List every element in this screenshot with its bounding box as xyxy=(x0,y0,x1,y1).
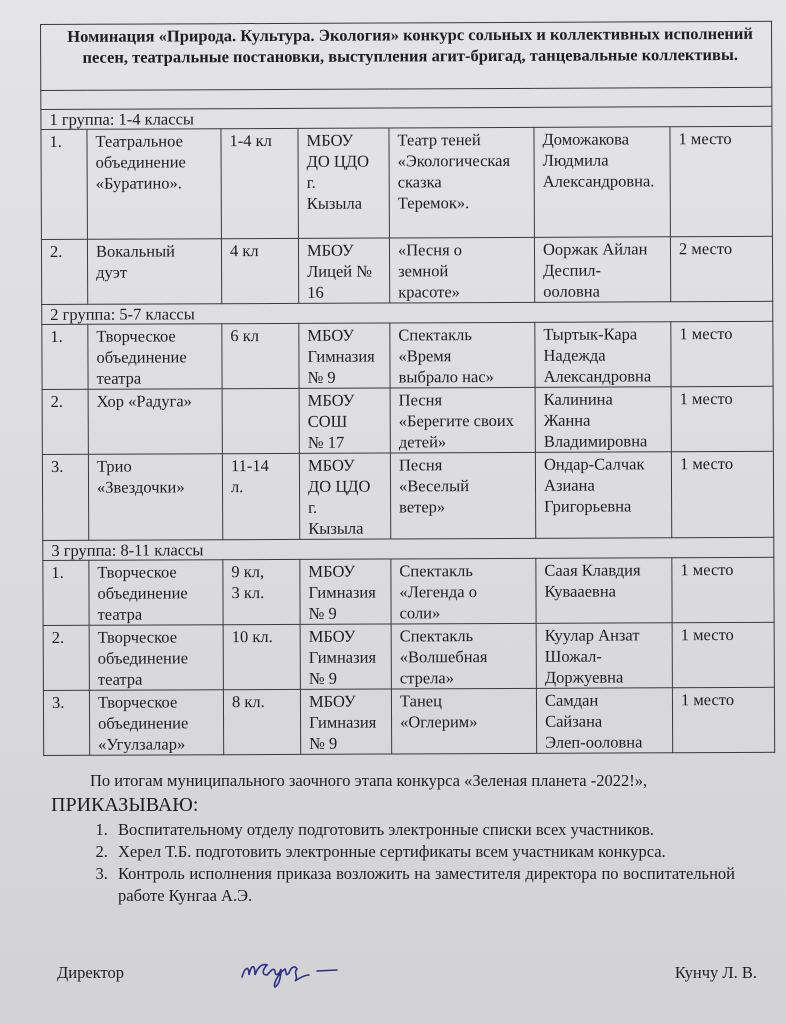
cell-line: «Веселый xyxy=(399,475,535,497)
participant-cell: Творческоеобъединение«Угулзалар» xyxy=(89,690,223,756)
grade-cell: 6 кл xyxy=(222,323,299,388)
cell-line: Надежда xyxy=(543,344,670,366)
school-cell: МБОУДО ЦДОг.Кызыла xyxy=(298,128,389,238)
row-number: 2. xyxy=(42,389,88,454)
cell-line: МБОУ xyxy=(307,239,389,260)
order-section: По итогам муниципального заочного этапа … xyxy=(45,770,735,907)
cell-line: Людмила xyxy=(543,149,670,171)
leader-cell: КалининаЖаннаВладимировна xyxy=(535,387,671,453)
signatory-role: Директор xyxy=(57,963,124,983)
work-cell: Песня«Веселыйветер» xyxy=(390,452,535,539)
grade-cell: 8 кл. xyxy=(223,689,300,754)
participant-cell: Хор «Радуга» xyxy=(88,389,222,455)
cell-line: «Экологическая xyxy=(398,150,534,172)
cell-line: «Звездочки» xyxy=(97,476,222,498)
place-cell: 1 место xyxy=(672,622,774,687)
work-cell: Песня«Берегите своихдетей» xyxy=(390,387,535,453)
cell-line: 3 кл. xyxy=(231,582,299,603)
cell-line: Песня xyxy=(399,454,535,476)
cell-line: г. xyxy=(307,171,389,192)
cell-line: театра xyxy=(98,603,223,625)
cell-line: Творческое xyxy=(98,691,223,713)
cell-line: «Легенда о xyxy=(399,581,535,603)
cell-line: театра xyxy=(98,668,223,690)
cell-line: ооловна xyxy=(543,280,670,302)
cell-line: Ооржак Айлан xyxy=(543,238,670,260)
cell-line: Григорьевна xyxy=(544,495,671,517)
grade-cell: 4 кл xyxy=(221,238,298,303)
cell-line: № 9 xyxy=(309,667,391,688)
cell-line: Спектакль xyxy=(399,560,535,582)
cell-line: ветер» xyxy=(399,496,535,518)
cell-line: «Песня о xyxy=(398,239,534,261)
cell-line: Ондар-Салчак xyxy=(544,453,671,475)
cell-line: № 9 xyxy=(309,602,391,623)
table-row: 2.Творческоеобъединениетеатра10 кл.МБОУГ… xyxy=(43,622,774,690)
cell-line: Лицей № xyxy=(307,260,389,281)
grade-cell: 1-4 кл xyxy=(221,128,298,238)
cell-line: детей» xyxy=(399,431,535,453)
cell-line: Кувааевна xyxy=(544,580,671,602)
cell-line: № 17 xyxy=(308,431,390,452)
cell-line: Сайзана xyxy=(545,710,672,732)
cell-line: Элеп-ооловна xyxy=(545,731,672,753)
table-row: 3.Творческоеобъединение«Угулзалар»8 кл.М… xyxy=(43,687,774,755)
cell-line: Азиана xyxy=(544,474,671,496)
cell-line: Вокальный xyxy=(96,240,221,262)
place-cell: 1 место xyxy=(671,451,773,537)
cell-line: соли» xyxy=(400,602,536,624)
cell-line: Гимназия xyxy=(309,711,391,732)
leader-cell: Ооржак АйланДеспил-ооловна xyxy=(534,237,670,303)
cell-line: Тыртык-Кара xyxy=(543,323,670,345)
handwritten-signature-icon xyxy=(237,951,377,991)
work-cell: «Песня оземнойкрасоте» xyxy=(389,237,534,303)
place-cell: 1 место xyxy=(672,557,774,622)
cell-line: Калинина xyxy=(544,388,671,410)
cell-line: МБОУ xyxy=(308,560,390,581)
place-cell: 1 место xyxy=(671,386,773,451)
cell-line: МБОУ xyxy=(309,690,391,711)
nomination-title: Номинация «Природа. Культура. Экология» … xyxy=(41,21,772,90)
place-cell: 1 место xyxy=(672,687,774,752)
document-page: Номинация «Природа. Культура. Экология» … xyxy=(0,0,786,1024)
participant-cell: Театральноеобъединение«Буратино». xyxy=(87,129,221,240)
cell-line: «Время xyxy=(398,345,534,367)
cell-line: объединение xyxy=(98,647,223,669)
leader-cell: Ондар-СалчакАзианаГригорьевна xyxy=(535,452,671,539)
cell-line: 9 кл, xyxy=(231,561,299,582)
cell-line: земной xyxy=(398,260,534,282)
row-number: 1. xyxy=(42,324,88,389)
cell-line: Творческое xyxy=(98,626,223,648)
cell-line: 6 кл xyxy=(230,325,298,346)
participant-cell: Вокальныйдуэт xyxy=(87,239,221,305)
signatory-name: Кунчу Л. В. xyxy=(675,963,757,983)
cell-line: г. xyxy=(308,496,390,517)
leader-cell: Тыртык-КараНадеждаАлександровна xyxy=(535,322,671,388)
participant-cell: Творческоеобъединениетеатра xyxy=(89,560,223,626)
work-cell: Спектакль«Легенда осоли» xyxy=(391,558,536,624)
school-cell: МБОУГимназия№ 9 xyxy=(300,559,391,624)
results-table: Номинация «Природа. Культура. Экология» … xyxy=(40,21,775,756)
order-item: Контроль исполнения приказа возложить на… xyxy=(112,863,735,907)
leader-cell: Саая КлавдияКувааевна xyxy=(536,558,672,624)
table-row: 1.Театральноеобъединение«Буратино».1-4 к… xyxy=(41,126,773,239)
cell-line: объединение xyxy=(96,151,221,173)
cell-line: Теремок». xyxy=(398,192,534,214)
table-row: 1.Творческоеобъединениетеатра9 кл,3 кл.М… xyxy=(43,557,774,625)
cell-line: Театр теней xyxy=(397,129,533,151)
table-row: 3.Трио«Звездочки»11-14л.МБОУДО ЦДОг.Кызы… xyxy=(42,451,773,540)
cell-line: Гимназия xyxy=(309,646,391,667)
cell-line: «Буратино». xyxy=(96,172,221,194)
cell-line: л. xyxy=(231,476,299,497)
row-number: 1. xyxy=(43,560,89,625)
row-number: 2. xyxy=(41,239,87,304)
cell-line: Гимназия xyxy=(307,345,389,366)
work-cell: Спектакль«Волшебнаястрела» xyxy=(391,623,536,689)
cell-line: МБОУ xyxy=(309,625,391,646)
cell-line: № 9 xyxy=(309,732,391,753)
cell-line: Доржуевна xyxy=(545,666,672,688)
cell-line: Владимировна xyxy=(544,430,671,452)
school-cell: МБОУГимназия№ 9 xyxy=(300,689,391,754)
grade-cell: 10 кл. xyxy=(223,624,300,689)
cell-line: Творческое xyxy=(96,325,221,347)
row-number: 3. xyxy=(43,690,89,755)
school-cell: МБОУДО ЦДОг.Кызыла xyxy=(299,453,390,539)
cell-line: объединение xyxy=(98,712,223,734)
cell-line: Творческое xyxy=(97,561,222,583)
cell-line: Шожал- xyxy=(545,645,672,667)
cell-line: «Оглерим» xyxy=(400,711,536,733)
cell-line: Кызыла xyxy=(307,192,389,213)
cell-line: объединение xyxy=(97,582,222,604)
cell-line: Танец xyxy=(400,690,536,712)
cell-line: ДО ЦДО xyxy=(308,475,390,496)
cell-line: Гимназия xyxy=(308,581,390,602)
cell-line: Песня xyxy=(399,389,535,411)
cell-line: МБОУ xyxy=(308,389,390,410)
order-items: Воспитательному отделу подготовить элект… xyxy=(45,819,735,907)
row-number: 2. xyxy=(43,625,89,690)
cell-line: «Волшебная xyxy=(400,646,536,668)
cell-line: театра xyxy=(97,367,222,389)
row-number: 3. xyxy=(42,454,88,540)
cell-line: МБОУ xyxy=(306,129,388,150)
cell-line: «Берегите своих xyxy=(399,410,535,432)
cell-line: стрела» xyxy=(400,667,536,689)
school-cell: МБОУГимназия№ 9 xyxy=(300,624,391,689)
cell-line: 10 кл. xyxy=(232,626,300,647)
cell-line: 8 кл. xyxy=(232,691,300,712)
cell-line: Хор «Радуга» xyxy=(97,390,222,412)
cell-line: Саая Клавдия xyxy=(544,559,671,581)
grade-cell xyxy=(222,388,299,453)
order-decree: ПРИКАЗЫВАЮ: xyxy=(51,793,735,817)
cell-line: СОШ xyxy=(308,410,390,431)
cell-line: Жанна xyxy=(544,409,671,431)
work-cell: Спектакль«Времявыбрало нас» xyxy=(390,322,535,388)
participant-cell: Творческоеобъединениетеатра xyxy=(89,625,223,691)
grade-cell: 9 кл,3 кл. xyxy=(223,559,300,624)
row-number: 1. xyxy=(41,129,87,239)
cell-line: № 9 xyxy=(307,366,389,387)
leader-cell: СамданСайзанаЭлеп-ооловна xyxy=(536,688,672,754)
cell-line: МБОУ xyxy=(307,324,389,345)
table-row: 2.Вокальныйдуэт4 клМБОУЛицей №16«Песня о… xyxy=(41,236,772,304)
cell-line: Кызыла xyxy=(308,517,390,538)
cell-line: Самдан xyxy=(545,689,672,711)
cell-line: «Угулзалар» xyxy=(98,733,223,755)
cell-line: Александровна xyxy=(543,365,670,387)
order-item: Херел Т.Б. подготовить электронные серти… xyxy=(112,841,735,863)
cell-line: Спектакль xyxy=(400,625,536,647)
leader-cell: ДоможаковаЛюдмилаАлександровна. xyxy=(534,127,670,238)
participant-cell: Творческоеобъединениетеатра xyxy=(88,324,222,390)
cell-line: Деспил- xyxy=(543,259,670,281)
grade-cell: 11-14л. xyxy=(222,453,299,539)
cell-line: МБОУ xyxy=(308,454,390,475)
cell-line: Доможакова xyxy=(542,128,669,150)
leader-cell: Куулар АнзатШожал-Доржуевна xyxy=(536,623,672,689)
cell-line: Куулар Анзат xyxy=(545,624,672,646)
cell-line: Александровна. xyxy=(543,170,670,192)
cell-line: 1-4 кл xyxy=(229,130,297,151)
cell-line: объединение xyxy=(96,346,221,368)
school-cell: МБОУСОШ№ 17 xyxy=(299,388,390,453)
order-intro: По итогам муниципального заочного этапа … xyxy=(45,770,735,792)
cell-line: Трио xyxy=(97,455,222,477)
work-cell: Танец«Оглерим» xyxy=(391,688,536,754)
place-cell: 2 место xyxy=(670,236,772,301)
cell-line: Театральное xyxy=(95,130,220,152)
table-row: 1.Творческоеобъединениетеатра6 клМБОУГим… xyxy=(42,321,773,389)
cell-line: ДО ЦДО xyxy=(307,150,389,171)
cell-line: 16 xyxy=(307,281,389,302)
cell-line: выбрало нас» xyxy=(398,366,534,388)
cell-line: 11-14 xyxy=(231,455,299,476)
participant-cell: Трио«Звездочки» xyxy=(88,454,222,541)
work-cell: Театр теней«ЭкологическаясказкаТеремок». xyxy=(389,127,534,238)
table-row: 2.Хор «Радуга»МБОУСОШ№ 17Песня«Берегите … xyxy=(42,386,773,454)
order-item: Воспитательному отделу подготовить элект… xyxy=(112,819,735,841)
place-cell: 1 место xyxy=(671,321,773,386)
cell-line: сказка xyxy=(398,171,534,193)
school-cell: МБОУГимназия№ 9 xyxy=(299,323,390,388)
cell-line: Спектакль xyxy=(398,324,534,346)
cell-line: 4 кл xyxy=(230,240,298,261)
signature-block: Директор Кунчу Л. В. xyxy=(57,963,757,993)
cell-line: красоте» xyxy=(398,281,534,303)
place-cell: 1 место xyxy=(670,126,773,236)
school-cell: МБОУЛицей №16 xyxy=(298,238,389,303)
cell-line: дуэт xyxy=(96,261,221,283)
